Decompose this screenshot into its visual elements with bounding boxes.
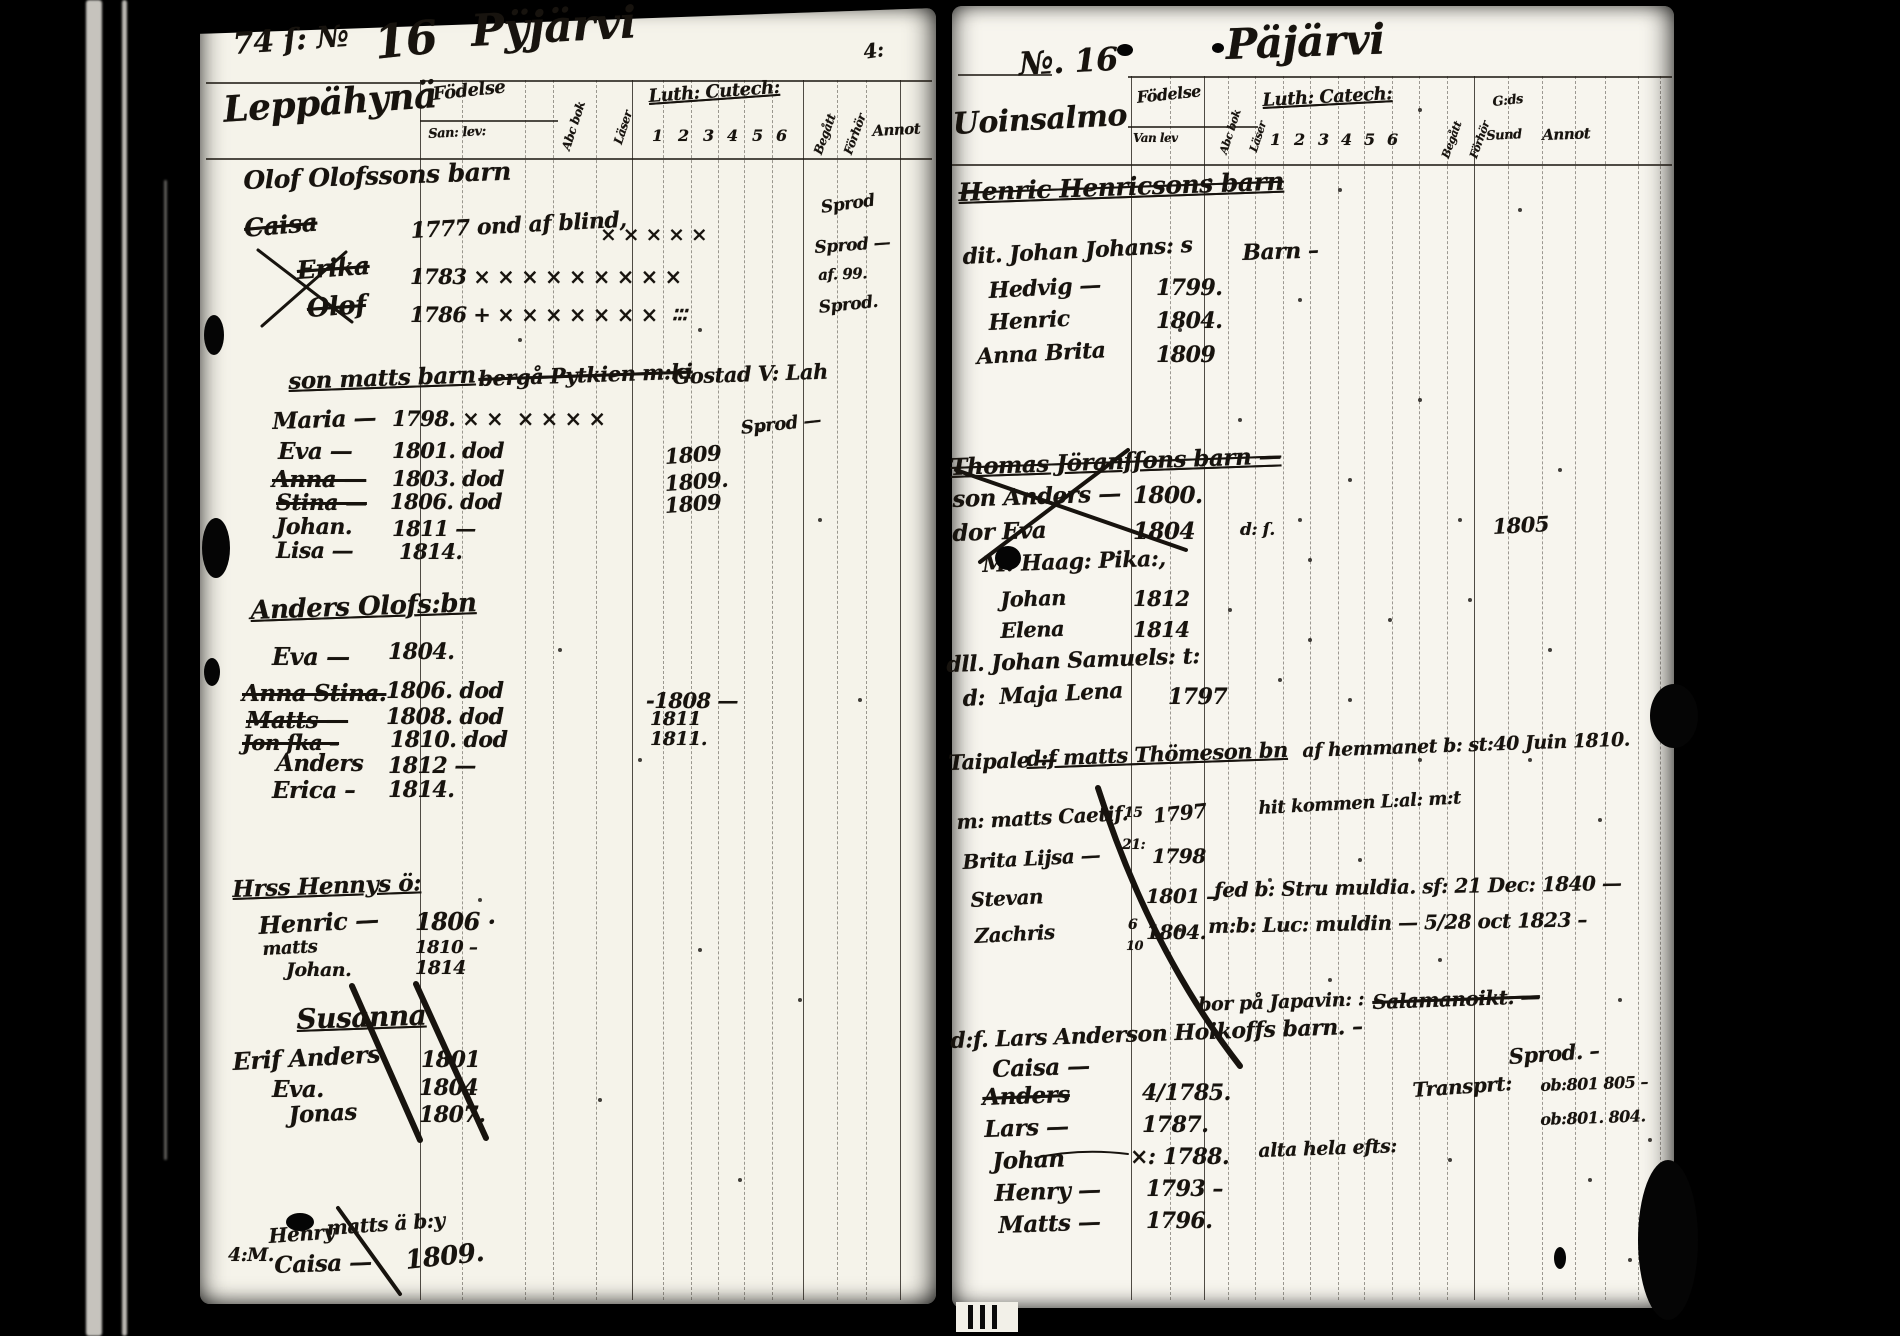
handwritten-text: son Anders — xyxy=(952,482,1121,511)
handwritten-text: Anna — xyxy=(272,468,366,491)
family-head: Anders Olofs:bn xyxy=(250,590,477,624)
handwritten-text: Van lev xyxy=(1133,132,1178,144)
handwritten-text: 1814 xyxy=(1133,619,1189,640)
column-rule xyxy=(1419,76,1420,1300)
handwritten-text: 15 xyxy=(1124,806,1142,820)
handwritten-text: Barn – xyxy=(1242,239,1319,264)
handwritten-text: 6 xyxy=(1128,918,1137,932)
handwritten-text: 1798 xyxy=(1152,846,1206,866)
binding-bar xyxy=(992,1305,997,1329)
handwritten-text: Erif Anders xyxy=(232,1042,381,1074)
handwritten-text: dor Eva xyxy=(952,519,1047,545)
handwritten-text: 1783 × × × × × × × × × xyxy=(410,266,682,287)
handwritten-text: 1812 — xyxy=(388,755,476,777)
handwritten-text: Erika xyxy=(296,253,370,283)
page-number-right: №. 16 xyxy=(1018,43,1119,80)
handwritten-text: 1787. xyxy=(1142,1114,1208,1136)
film-scratch xyxy=(122,0,127,1336)
column-rule xyxy=(596,80,597,1300)
handwritten-text: Stevan xyxy=(970,886,1043,910)
handwritten-text: 4:M. xyxy=(228,1246,274,1265)
handwritten-text: ob:801. 804. xyxy=(1540,1108,1646,1128)
handwritten-text: M: Haag: Pika:, xyxy=(982,548,1166,576)
binding-bar xyxy=(968,1305,973,1329)
handwritten-text: Transprt: xyxy=(1412,1073,1513,1100)
handwritten-text: Henric — xyxy=(258,908,379,938)
handwritten-text: 1 xyxy=(652,128,663,144)
handwritten-text: af. 99. xyxy=(818,266,867,283)
handwritten-text: 1810. dod xyxy=(390,729,508,751)
column-rule xyxy=(1228,76,1229,1300)
column-rule xyxy=(803,80,804,1300)
handwritten-text: × × × × × xyxy=(600,224,707,244)
handwritten-text: Eva. xyxy=(272,1078,324,1101)
handwritten-text: 1814 xyxy=(415,959,466,978)
column-rule xyxy=(1338,76,1339,1300)
handwritten-text: 1798. × × × × × × xyxy=(392,408,606,429)
handwritten-text: 21: xyxy=(1122,838,1145,852)
handwritten-text: matts xyxy=(262,938,318,959)
handwritten-text: 1801 xyxy=(421,1049,480,1071)
handwritten-text: 2 xyxy=(1294,132,1305,148)
handwritten-text: Maria — xyxy=(272,406,376,433)
handwritten-text: 4: xyxy=(862,39,885,62)
handwritten-text: fed b: Stru muldia. sf: 21 Dec: 1840 — xyxy=(1214,873,1622,900)
page-title-right: Päjärvi xyxy=(1225,18,1385,66)
handwritten-text: 1808. dod xyxy=(386,706,504,728)
handwritten-text: Henric xyxy=(988,308,1070,334)
handwritten-text: 1803. dod xyxy=(392,468,504,489)
handwritten-text: 1793 – xyxy=(1146,1178,1223,1200)
handwritten-text: Anders xyxy=(982,1083,1070,1109)
handwritten-text: 1797 xyxy=(1152,800,1207,826)
handwritten-text: Lisa — xyxy=(276,540,353,562)
handwritten-text: 5 xyxy=(752,128,763,144)
column-rule xyxy=(1508,76,1509,1300)
column-rule xyxy=(1447,76,1448,1300)
handwritten-text: Eva — xyxy=(272,645,350,669)
handwritten-text: Henry — xyxy=(994,1178,1101,1205)
handwritten-text: 1811 xyxy=(650,710,701,729)
handwritten-text: 1804. xyxy=(1156,310,1222,332)
handwritten-text: 1806. dod xyxy=(390,491,502,512)
handwritten-text: alta hela efts: xyxy=(1258,1137,1397,1161)
handwritten-text: 1812 xyxy=(1133,588,1189,609)
handwritten-text: 1805 xyxy=(1492,513,1549,537)
binding-mark xyxy=(956,1302,1018,1332)
page-ref: 74 ſ: № xyxy=(232,22,350,60)
handwritten-text: Jonas xyxy=(288,1100,357,1127)
handwritten-text: Johan xyxy=(992,1147,1065,1173)
handwritten-text: Stina — xyxy=(276,492,367,514)
handwritten-text: Olof xyxy=(306,292,367,322)
column-rule xyxy=(525,80,526,1300)
row-rule xyxy=(420,120,558,122)
handwritten-text: Eva — xyxy=(278,440,352,463)
film-scratch xyxy=(164,180,167,1160)
column-rule xyxy=(553,80,554,1300)
handwritten-text: 1804. xyxy=(388,641,454,663)
column-rule xyxy=(1392,76,1393,1300)
handwritten-text: Erica – xyxy=(272,779,355,802)
handwritten-text: 4 xyxy=(727,128,738,144)
column-rule xyxy=(1474,76,1475,1300)
handwritten-text: ob:801 805 – xyxy=(1540,1074,1648,1094)
column-rule xyxy=(744,80,745,1300)
handwritten-text: Anna Stina. xyxy=(242,682,386,705)
family-head: Hrss Hennys ö: xyxy=(232,871,421,901)
handwritten-text: 1806 · xyxy=(415,910,496,934)
handwritten-text: 1804. xyxy=(1146,922,1206,942)
handwritten-text: 3 xyxy=(703,128,714,144)
handwritten-text: 10 xyxy=(1126,940,1143,953)
family-head: son matts barn xyxy=(288,363,476,393)
farm-name-right: Uoinsalmo xyxy=(952,101,1128,140)
handwritten-text: Anders xyxy=(276,752,363,775)
handwritten-text: Gostad V: Lah xyxy=(672,361,828,387)
column-rule xyxy=(866,80,867,1300)
handwritten-text: 1801 – xyxy=(1146,886,1216,906)
handwritten-text: 1809. xyxy=(404,1240,485,1274)
handwritten-text: 2 xyxy=(678,128,689,144)
handwritten-text: Elena xyxy=(1000,618,1064,641)
handwritten-text: Sund xyxy=(1486,128,1522,143)
handwritten-text: Henry xyxy=(268,1221,335,1246)
handwritten-text: 1799. xyxy=(1156,277,1222,299)
handwritten-text: 4/1785. xyxy=(1142,1082,1231,1104)
handwritten-text: 3 xyxy=(1318,132,1329,148)
handwritten-text: 1814. xyxy=(388,779,454,801)
handwritten-text: 1807. xyxy=(419,1104,485,1126)
handwritten-text: Zachris xyxy=(974,922,1055,946)
handwritten-text: 1806. dod xyxy=(386,680,504,702)
handwritten-text: 1804 xyxy=(1133,520,1195,543)
handwritten-text: 1811. xyxy=(650,730,707,749)
handwritten-text: 1 xyxy=(1270,132,1281,148)
film-scratch xyxy=(86,0,102,1336)
handwritten-text: 6 xyxy=(776,128,787,144)
handwritten-text: Anna Brita xyxy=(976,339,1106,368)
page-title-left: Pÿjärvi xyxy=(470,1,637,54)
handwritten-text: 1797 xyxy=(1168,686,1227,708)
handwritten-text: Sprod. – xyxy=(1508,1040,1600,1067)
row-rule xyxy=(952,164,1672,166)
handwritten-text: 1796. xyxy=(1146,1210,1212,1232)
handwritten-text: 6 xyxy=(1387,132,1398,148)
handwritten-text: Johan. xyxy=(276,516,352,538)
handwritten-text: G:ds xyxy=(1492,93,1524,109)
handwritten-text: d: ſ. xyxy=(1240,522,1275,539)
handwritten-text: m:b: Luc: muldin — 5/28 oct 1823 – xyxy=(1208,909,1587,936)
handwritten-text: Caisa — xyxy=(992,1055,1090,1081)
handwritten-text: Johan xyxy=(1000,587,1066,610)
handwritten-text: 1809 xyxy=(664,442,722,467)
handwritten-text: 1811 — xyxy=(392,518,476,539)
column-rule xyxy=(900,80,901,1300)
handwritten-text: 1804 xyxy=(419,1077,478,1099)
handwritten-text: Matts — xyxy=(998,1210,1101,1237)
binding-bar xyxy=(980,1305,985,1329)
column-rule xyxy=(1364,76,1365,1300)
handwritten-text: Salamanoikt. — xyxy=(1372,986,1540,1012)
handwritten-text: ×: 1788. xyxy=(1130,1146,1229,1168)
handwritten-text: 1809 xyxy=(1156,344,1215,366)
handwritten-text: 1801. dod xyxy=(392,440,504,461)
column-rule xyxy=(632,80,633,1300)
handwritten-text: 1800. xyxy=(1133,484,1203,507)
handwritten-text: 1810 – xyxy=(415,939,477,957)
handwritten-text: Caisa — xyxy=(274,1251,372,1277)
page-number-left: 16 xyxy=(372,13,439,65)
family-head: Susanna xyxy=(296,1001,427,1034)
handwritten-text: 5 xyxy=(1364,132,1375,148)
handwritten-text: Annot xyxy=(1542,126,1590,143)
handwritten-text: San: lev: xyxy=(428,125,486,141)
handwritten-text: 1786 + × × × × × × × ∶∶∶ xyxy=(410,304,686,325)
handwritten-text: 1814. xyxy=(399,541,462,562)
handwritten-text: Lars — xyxy=(984,1115,1069,1141)
handwritten-text: 4 xyxy=(1341,132,1352,148)
row-rule xyxy=(1128,76,1672,78)
handwritten-text: Matts — xyxy=(246,709,348,732)
column-rule xyxy=(1660,76,1661,1300)
handwritten-text: Hedvig — xyxy=(988,274,1101,302)
row-rule xyxy=(206,158,932,160)
scanned-register-spread: 74 ſ: №16Pÿjärvi4:LeppähynäFödelseSan: l… xyxy=(0,0,1900,1336)
handwritten-text: Annot xyxy=(872,121,921,138)
handwritten-text: Caisa xyxy=(243,210,318,241)
handwritten-text: Johan. xyxy=(286,961,351,980)
handwritten-text: 1809 xyxy=(664,491,722,516)
column-rule xyxy=(837,80,838,1300)
column-rule xyxy=(772,80,773,1300)
